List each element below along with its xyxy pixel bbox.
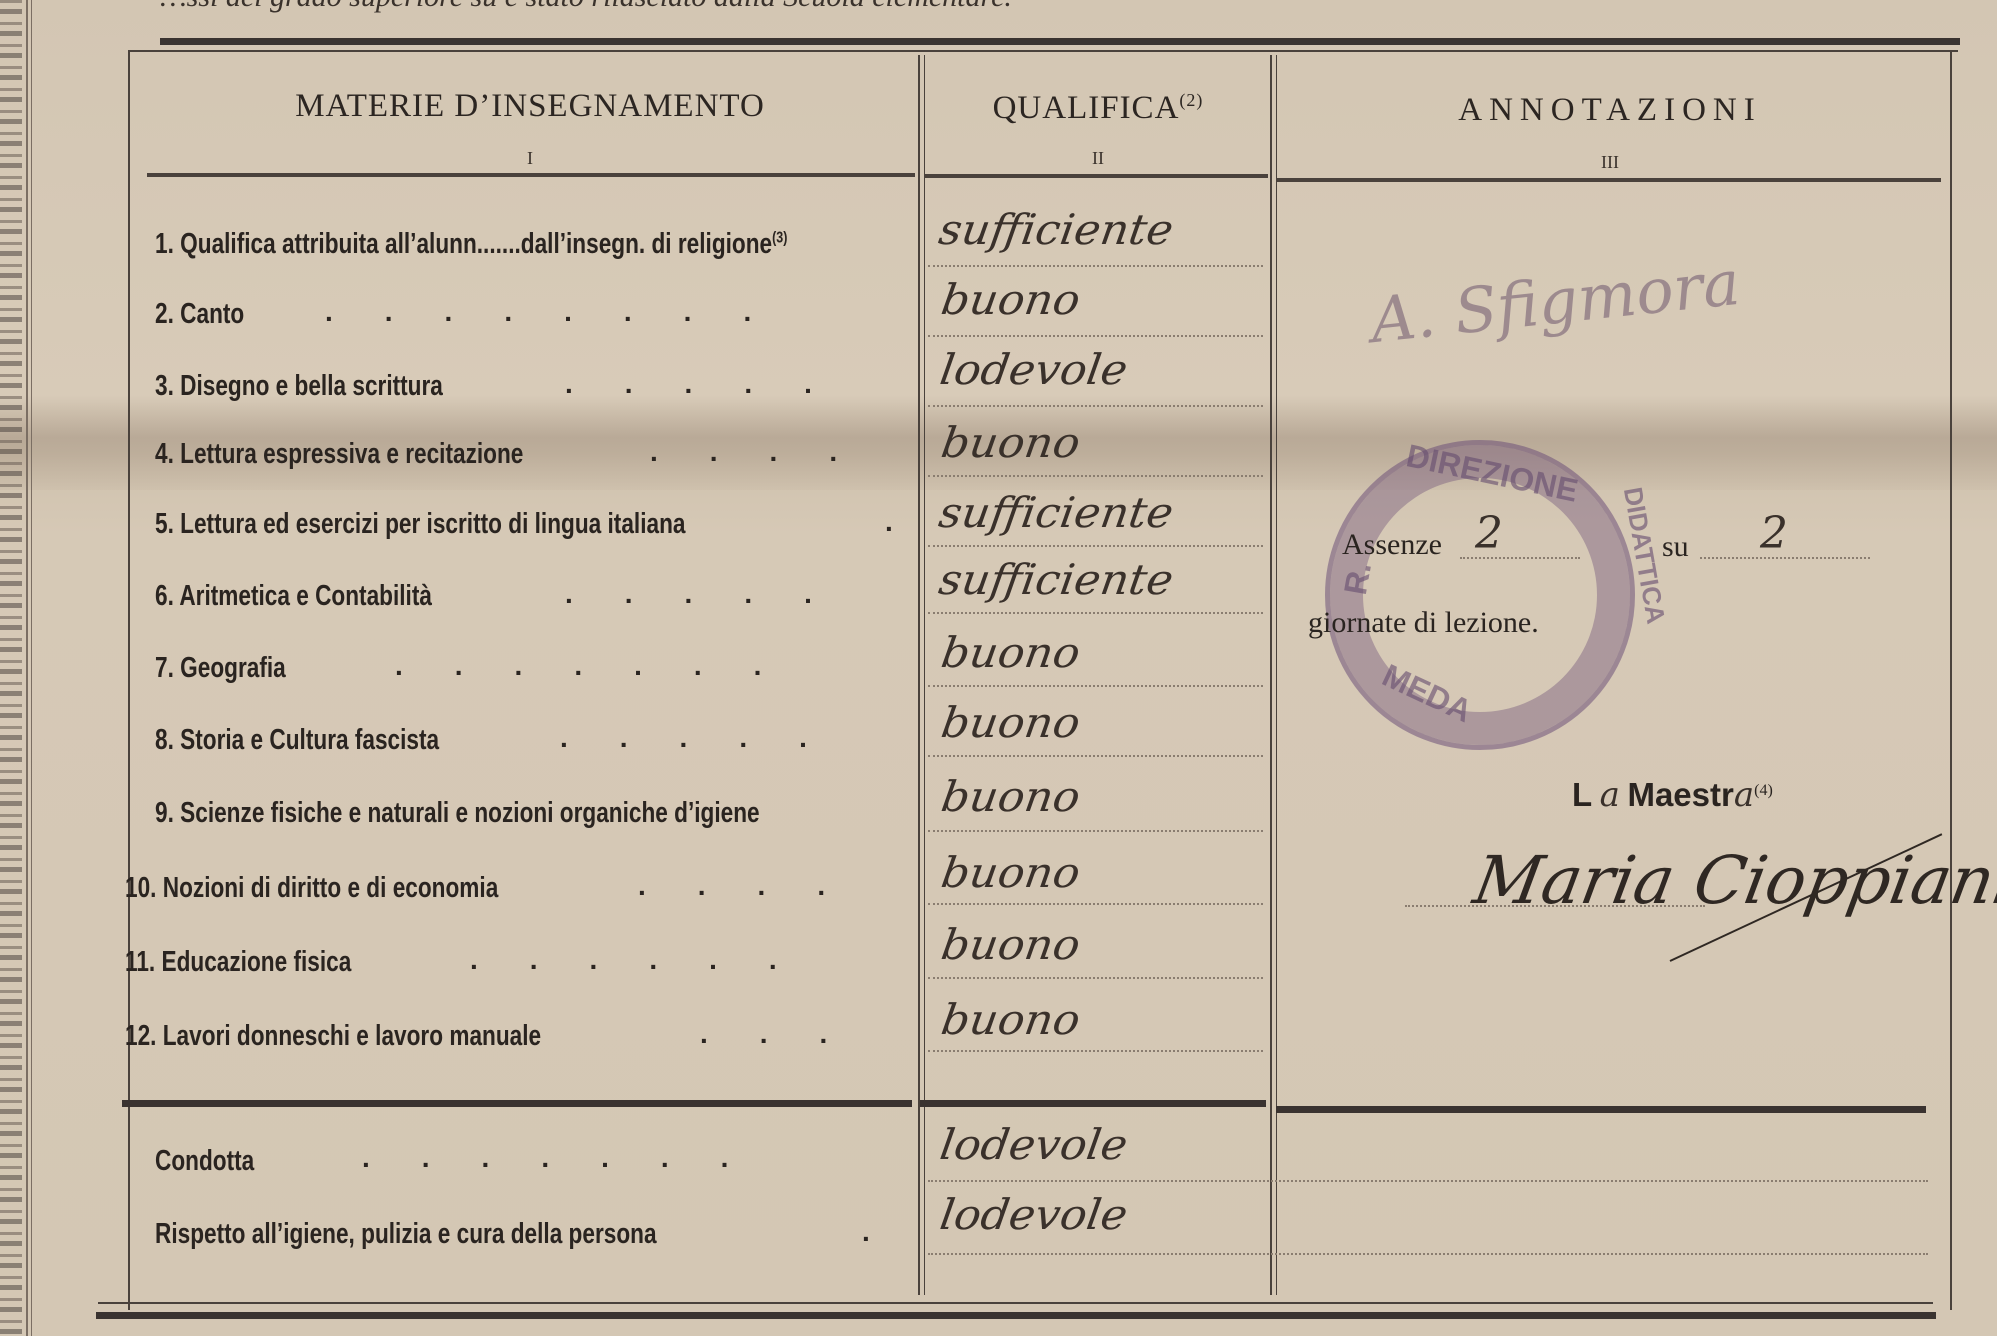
guide-line	[928, 1253, 1928, 1255]
guide-line	[928, 335, 1263, 337]
leader-dots: ...	[700, 1018, 879, 1050]
subject-row-11: 11. Educazione fisica	[125, 946, 351, 979]
guide-line	[928, 1050, 1263, 1052]
conduct-row-1: Condotta	[155, 1145, 254, 1178]
header-qualifica: QUALIFICA(2)	[928, 90, 1268, 127]
header-annotazioni: ANNOTAZIONI	[1280, 92, 1940, 129]
conduct-row-2: Rispetto all’igiene, pulizia e cura dell…	[155, 1218, 657, 1251]
guide-line	[928, 405, 1263, 407]
header-roman-3: III	[1280, 152, 1940, 173]
signature-line	[1405, 905, 1705, 907]
guide-line	[928, 977, 1263, 979]
conduct-separator-2	[920, 1100, 1266, 1107]
subject-row-9: 9. Scienze fisiche e naturali e nozioni …	[155, 797, 760, 830]
grade-row-8: buono	[938, 698, 1083, 747]
conduct-separator-3	[1276, 1106, 1926, 1113]
grade-row-1: sufficiente	[936, 205, 1177, 254]
decorative-border-left	[0, 0, 22, 1336]
header-roman-1: I	[150, 148, 910, 169]
header-materie: MATERIE D’INSEGNAMENTO	[150, 88, 910, 125]
bottom-thin-rule	[98, 1302, 1933, 1304]
subject-row-10: 10. Nozioni di diritto e di economia	[125, 872, 498, 905]
leader-dots: .	[862, 1216, 922, 1248]
header-roman-2: II	[928, 148, 1268, 169]
conduct-separator-1	[122, 1100, 912, 1107]
grade-hygiene: lodevole	[937, 1190, 1131, 1239]
absences-value: 2	[1475, 508, 1503, 559]
grade-row-10: buono	[938, 848, 1083, 897]
leader-dots: .....	[565, 578, 864, 610]
guide-line	[928, 545, 1263, 547]
leader-dots: ........	[325, 296, 803, 328]
subject-row-4: 4. Lettura espressiva e recitazione	[155, 438, 523, 471]
on-line	[1700, 557, 1870, 559]
table-top-border	[128, 50, 1958, 52]
guide-line	[928, 612, 1263, 614]
subject-row-12: 12. Lavori donneschi e lavoro manuale	[125, 1020, 541, 1053]
table-right-border	[1950, 50, 1952, 1310]
bottom-heavy-rule	[96, 1312, 1936, 1319]
grade-row-4: buono	[938, 418, 1083, 467]
leader-dots: .....	[560, 722, 859, 754]
guide-line	[928, 830, 1263, 832]
grade-row-6: sufficiente	[936, 555, 1177, 604]
top-partial-text: …ssi del grado superiore su è stato rila…	[160, 0, 1012, 14]
grade-row-2: buono	[938, 275, 1083, 324]
school-days-label: giornate di lezione.	[1308, 606, 1539, 640]
header-underline-3	[1276, 178, 1941, 182]
subject-row-7: 7. Geografia	[155, 652, 286, 685]
guide-line	[928, 903, 1263, 905]
header-underline-2	[924, 174, 1268, 178]
grade-row-5: sufficiente	[936, 488, 1177, 537]
grade-row-7: buono	[938, 628, 1083, 677]
grade-conduct: lodevole	[937, 1120, 1131, 1169]
teacher-signature: Maria Cioppiani	[1468, 842, 1997, 919]
director-signature: A. Sfigmora	[1367, 246, 1743, 357]
subject-row-1: 1. Qualifica attribuita all’alunn.......…	[155, 228, 787, 261]
stamp-text-left: R.	[1337, 560, 1379, 598]
grade-row-11: buono	[938, 920, 1083, 969]
grade-row-12: buono	[938, 995, 1083, 1044]
subject-row-5: 5. Lettura ed esercizi per iscritto di l…	[155, 508, 685, 541]
leader-dots: ....	[638, 870, 877, 902]
on-value: 2	[1760, 508, 1788, 559]
guide-line	[928, 265, 1263, 267]
guide-line	[928, 1180, 1928, 1182]
column-divider-1	[918, 55, 920, 1295]
guide-line	[928, 475, 1263, 477]
top-heavy-rule	[160, 38, 1960, 45]
column-divider-1b	[924, 55, 925, 1295]
header-underline-1	[147, 173, 915, 177]
grade-row-3: lodevole	[937, 345, 1131, 394]
guide-line	[928, 685, 1263, 687]
leader-dots: ......	[470, 944, 829, 976]
guide-line	[928, 755, 1263, 757]
leader-dots: ....	[650, 436, 889, 468]
leader-dots: .......	[395, 650, 813, 682]
border-rule-inner	[31, 0, 32, 1336]
grade-row-9: buono	[938, 772, 1083, 821]
leader-dots: .....	[565, 368, 864, 400]
subject-row-8: 8. Storia e Cultura fascista	[155, 724, 439, 757]
subject-row-3: 3. Disegno e bella scrittura	[155, 370, 443, 403]
column-divider-2	[1270, 55, 1272, 1295]
table-left-border	[128, 50, 130, 1310]
teacher-label: L a Maestra(4)	[1572, 775, 1773, 815]
absences-label: Assenze	[1342, 528, 1442, 562]
subject-row-2: 2. Canto	[155, 298, 244, 331]
subject-row-6: 6. Aritmetica e Contabilità	[155, 580, 432, 613]
border-rule	[26, 0, 28, 1336]
absences-line	[1460, 557, 1580, 559]
on-label: su	[1662, 530, 1689, 564]
leader-dots: .......	[362, 1142, 780, 1174]
